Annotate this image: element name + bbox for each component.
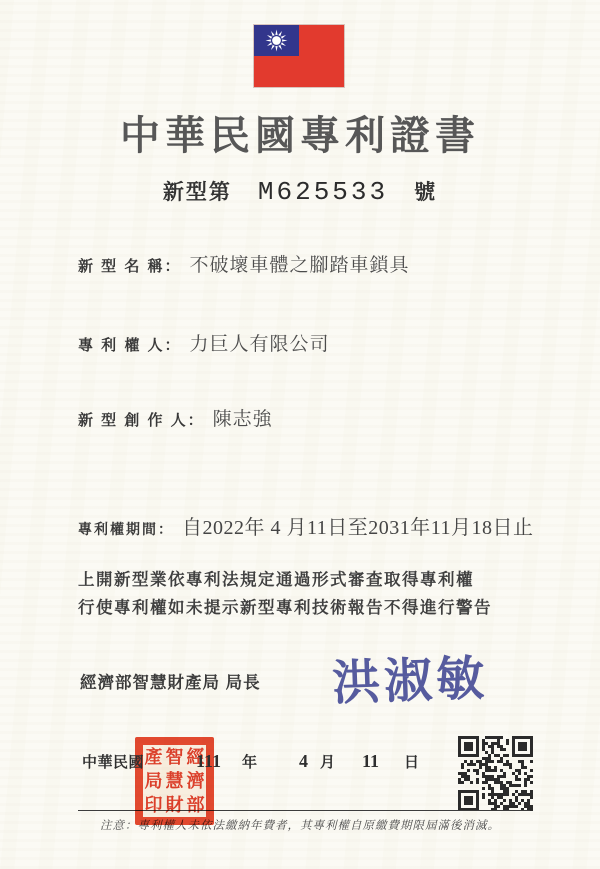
certificate-page: 中華民國專利證書 新型第 M625533 號 新 型 名 稱： 不破壞車體之腳踏… [0,0,600,869]
field-patent-holder: 專 利 權 人： 力巨人有限公司 [78,329,330,356]
field-value: 自2022年 4 月11日至2031年11月18日止 [182,511,534,540]
month-value: 4 [299,751,308,772]
year-value: 111 [196,751,221,772]
seal-character: 財 [164,793,185,817]
patent-number-value: M625533 [258,177,388,207]
seal-character: 局 [143,769,164,793]
seal-character: 印 [143,793,164,817]
seal-character: 智 [164,745,185,769]
seal-character: 產 [143,745,164,769]
qr-code [458,736,533,811]
month-unit: 月 [320,751,336,772]
patent-number-suffix: 號 [414,176,437,206]
day-unit: 日 [404,751,420,772]
patent-number-prefix: 新型第 [163,176,232,206]
legal-line-2: 行使專利權如未提示新型專利技術報告不得進行警告 [78,594,492,622]
patent-number-row: 新型第 M625533 號 [0,176,600,207]
legal-statement: 上開新型業依專利法規定通過形式審查取得專利權 行使專利權如未提示新型專利技術報告… [78,566,492,622]
seal-character: 慧 [164,769,185,793]
year-unit: 年 [242,751,258,772]
certificate-title: 中華民國專利證書 [0,104,600,161]
field-label: 新 型 名 稱： [78,255,182,276]
field-utility-model-name: 新 型 名 稱： 不破壞車體之腳踏車鎖具 [78,250,410,277]
director-signature: 洪淑敏 [331,639,493,714]
field-value: 力巨人有限公司 [190,329,330,356]
field-label: 專 利 權 人： [78,334,182,355]
field-label: 新 型 創 作 人： [78,409,205,430]
field-patent-period: 專利權期間： 自2022年 4 月11日至2031年11月18日止 [78,511,534,540]
taiwan-flag-icon [254,25,344,87]
seal-character: 部 [185,793,206,817]
agency-director-title: 經濟部智慧財產局 局長 [80,669,261,693]
day-value: 11 [362,751,379,772]
field-value: 不破壞車體之腳踏車鎖具 [190,250,410,277]
era-label: 中華民國 [82,751,144,772]
field-creator: 新 型 創 作 人： 陳志強 [78,404,273,431]
legal-line-1: 上開新型業依專利法規定通過形式審查取得專利權 [78,566,492,594]
footer-note: 注意：專利權人未依法繳納年費者，其專利權自原繳費期限屆滿後消滅。 [0,817,600,833]
field-value: 陳志強 [213,404,273,431]
seal-character: 濟 [185,769,206,793]
field-label: 專利權期間： [78,519,174,539]
